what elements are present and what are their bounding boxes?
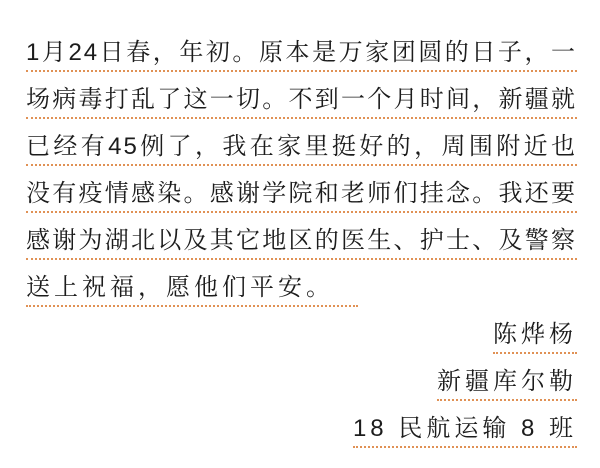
letter-line-4: 没有疫情感染。感谢学院和老师们挂念。我还要 <box>26 166 577 213</box>
signature-class: 18 民航运输 8 班 <box>353 415 577 448</box>
signature-name-line: 陈烨杨 <box>26 307 577 354</box>
letter-line-5: 感谢为湖北以及其它地区的医生、护士、及警察 <box>26 213 577 260</box>
letter-body: 1月24日春，年初。原本是万家团圆的日子，一 场病毒打乱了这一切。不到一个月时间… <box>0 0 600 448</box>
letter-line-1: 1月24日春，年初。原本是万家团圆的日子，一 <box>26 25 577 72</box>
letter-line-1-text: 1月24日春，年初。原本是万家团圆的日子，一 <box>26 39 577 72</box>
letter-line-6-text: 送上祝福，愿他们平安。 <box>26 274 358 307</box>
letter-line-2: 场病毒打乱了这一切。不到一个月时间，新疆就 <box>26 72 577 119</box>
signature-name: 陈烨杨 <box>493 321 577 354</box>
letter-line-3: 已经有45例了，我在家里挺好的，周围附近也 <box>26 119 577 166</box>
letter-line-3-text: 已经有45例了，我在家里挺好的，周围附近也 <box>26 133 577 166</box>
letter-line-6: 送上祝福，愿他们平安。 <box>26 260 577 307</box>
letter-line-4-text: 没有疫情感染。感谢学院和老师们挂念。我还要 <box>26 180 577 213</box>
signature-class-line: 18 民航运输 8 班 <box>26 401 577 448</box>
letter-line-5-text: 感谢为湖北以及其它地区的医生、护士、及警察 <box>26 227 577 260</box>
signature-location-line: 新疆库尔勒 <box>26 354 577 401</box>
signature-location: 新疆库尔勒 <box>437 368 577 401</box>
handwritten-letter-page: 1月24日春，年初。原本是万家团圆的日子，一 场病毒打乱了这一切。不到一个月时间… <box>0 0 600 468</box>
letter-line-2-text: 场病毒打乱了这一切。不到一个月时间，新疆就 <box>26 86 577 119</box>
